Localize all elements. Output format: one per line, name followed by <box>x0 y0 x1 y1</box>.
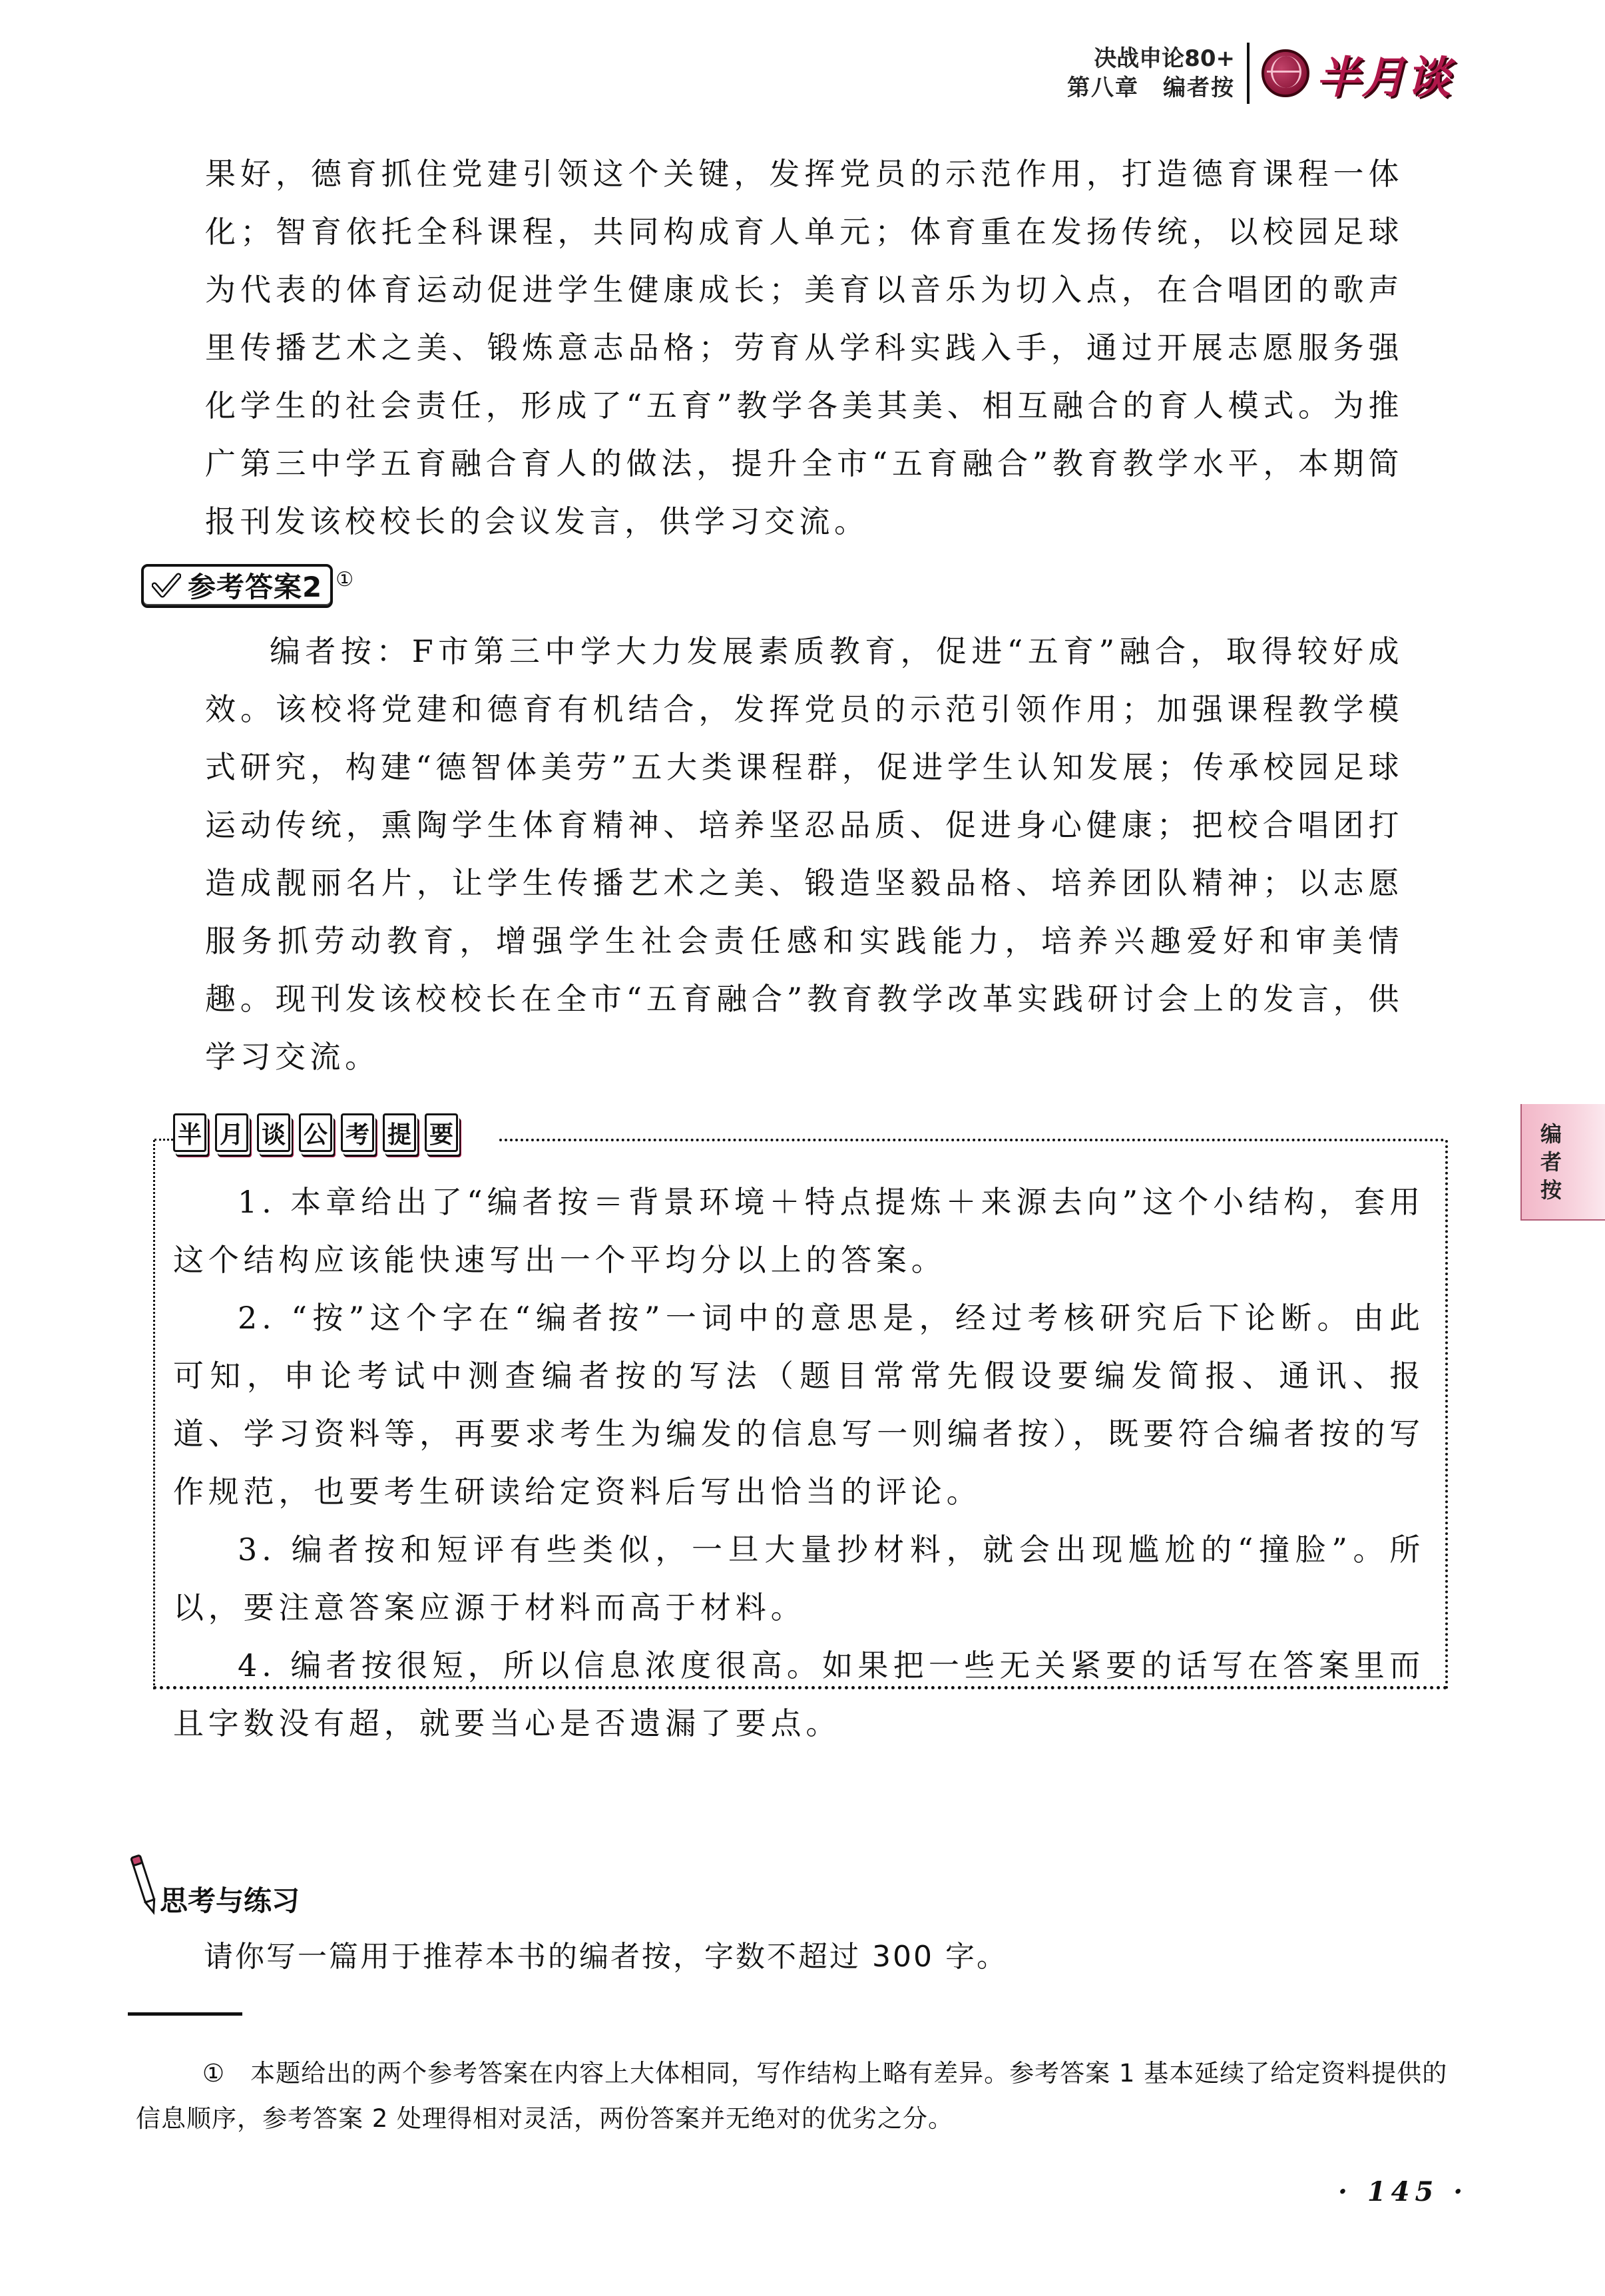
page-number: · 145 · <box>1338 2176 1468 2207</box>
check-icon <box>152 572 181 599</box>
side-tab-char: 者 <box>1540 1148 1562 1176</box>
chapter-side-tab: 编 者 按 <box>1520 1104 1605 1221</box>
logo-text: 半月谈 <box>1316 42 1452 105</box>
answer2-label-box: 参考答案2 <box>141 564 333 608</box>
chapter-title: 编者按 <box>1163 75 1235 101</box>
tips-title-char: 公 <box>299 1113 332 1152</box>
footnote-rule <box>128 2012 242 2016</box>
pencil-icon <box>130 1853 158 1916</box>
tips-title-char: 提 <box>383 1113 416 1152</box>
tips-title-char: 要 <box>425 1113 458 1152</box>
exercise-prompt: 请你写一篇用于推荐本书的编者按，字数不超过 300 字。 <box>204 1932 1008 1975</box>
book-title: 决战申论80+ <box>1067 44 1235 73</box>
footnote-text: ① 本题给出的两个参考答案在内容上大体相同，写作结构上略有差异。参考答案 1 基… <box>136 2051 1454 2142</box>
tip-item: 1. 本章给出了“编者按＝背景环境＋特点提炼＋来源去向”这个小结构，套用这个结构… <box>173 1173 1425 1289</box>
tip-item: 4. 编者按很短，所以信息浓度很高。如果把一些无关紧要的话写在答案里而且字数没有… <box>173 1637 1425 1753</box>
running-head: 决战申论80+ 第八章编者按 <box>1067 44 1247 103</box>
tip-item: 3. 编者按和短评有些类似，一旦大量抄材料，就会出现尴尬的“撞脸”。所以，要注意… <box>173 1521 1425 1637</box>
exercise-heading: 思考与练习 <box>130 1853 300 1916</box>
publisher-logo: 半月谈 <box>1261 42 1452 105</box>
chapter-line: 第八章编者按 <box>1067 73 1235 103</box>
page-header: 决战申论80+ 第八章编者按 半月谈 <box>1067 37 1452 110</box>
side-tab-char: 编 <box>1540 1120 1562 1148</box>
answer2-paragraph: 编者按：F市第三中学大力发展素质教育，促进“五育”融合，取得较好成效。该校将党建… <box>205 623 1403 1086</box>
header-divider <box>1247 43 1250 104</box>
continuation-paragraph: 果好，德育抓住党建引领这个关键，发挥党员的示范作用，打造德育课程一体化；智育依托… <box>205 145 1403 551</box>
tips-title-char: 月 <box>215 1113 248 1152</box>
tips-title-char: 半 <box>173 1113 206 1152</box>
side-tab-char: 按 <box>1540 1176 1562 1204</box>
globe-icon <box>1261 49 1309 97</box>
chapter-number: 第八章 <box>1067 75 1139 101</box>
tips-content: 1. 本章给出了“编者按＝背景环境＋特点提炼＋来源去向”这个小结构，套用这个结构… <box>173 1173 1425 1753</box>
tip-item: 2. “按”这个字在“编者按”一词中的意思是，经过考核研究后下论断。由此可知，申… <box>173 1289 1425 1521</box>
tips-title: 半 月 谈 公 考 提 要 <box>173 1113 467 1152</box>
answer2-block: 编者按：F市第三中学大力发展素质教育，促进“五育”融合，取得较好成效。该校将党建… <box>205 623 1403 1086</box>
tips-title-char: 谈 <box>257 1113 290 1152</box>
answer2-title: 参考答案2 <box>188 565 322 605</box>
footnote-reference[interactable]: ① <box>336 568 353 591</box>
continuation-block: 果好，德育抓住党建引领这个关键，发挥党员的示范作用，打造德育课程一体化；智育依托… <box>205 145 1403 551</box>
tips-title-char: 考 <box>341 1113 374 1152</box>
answer2-heading: 参考答案2 ① <box>141 564 353 608</box>
exercise-title: 思考与练习 <box>160 1879 300 1919</box>
